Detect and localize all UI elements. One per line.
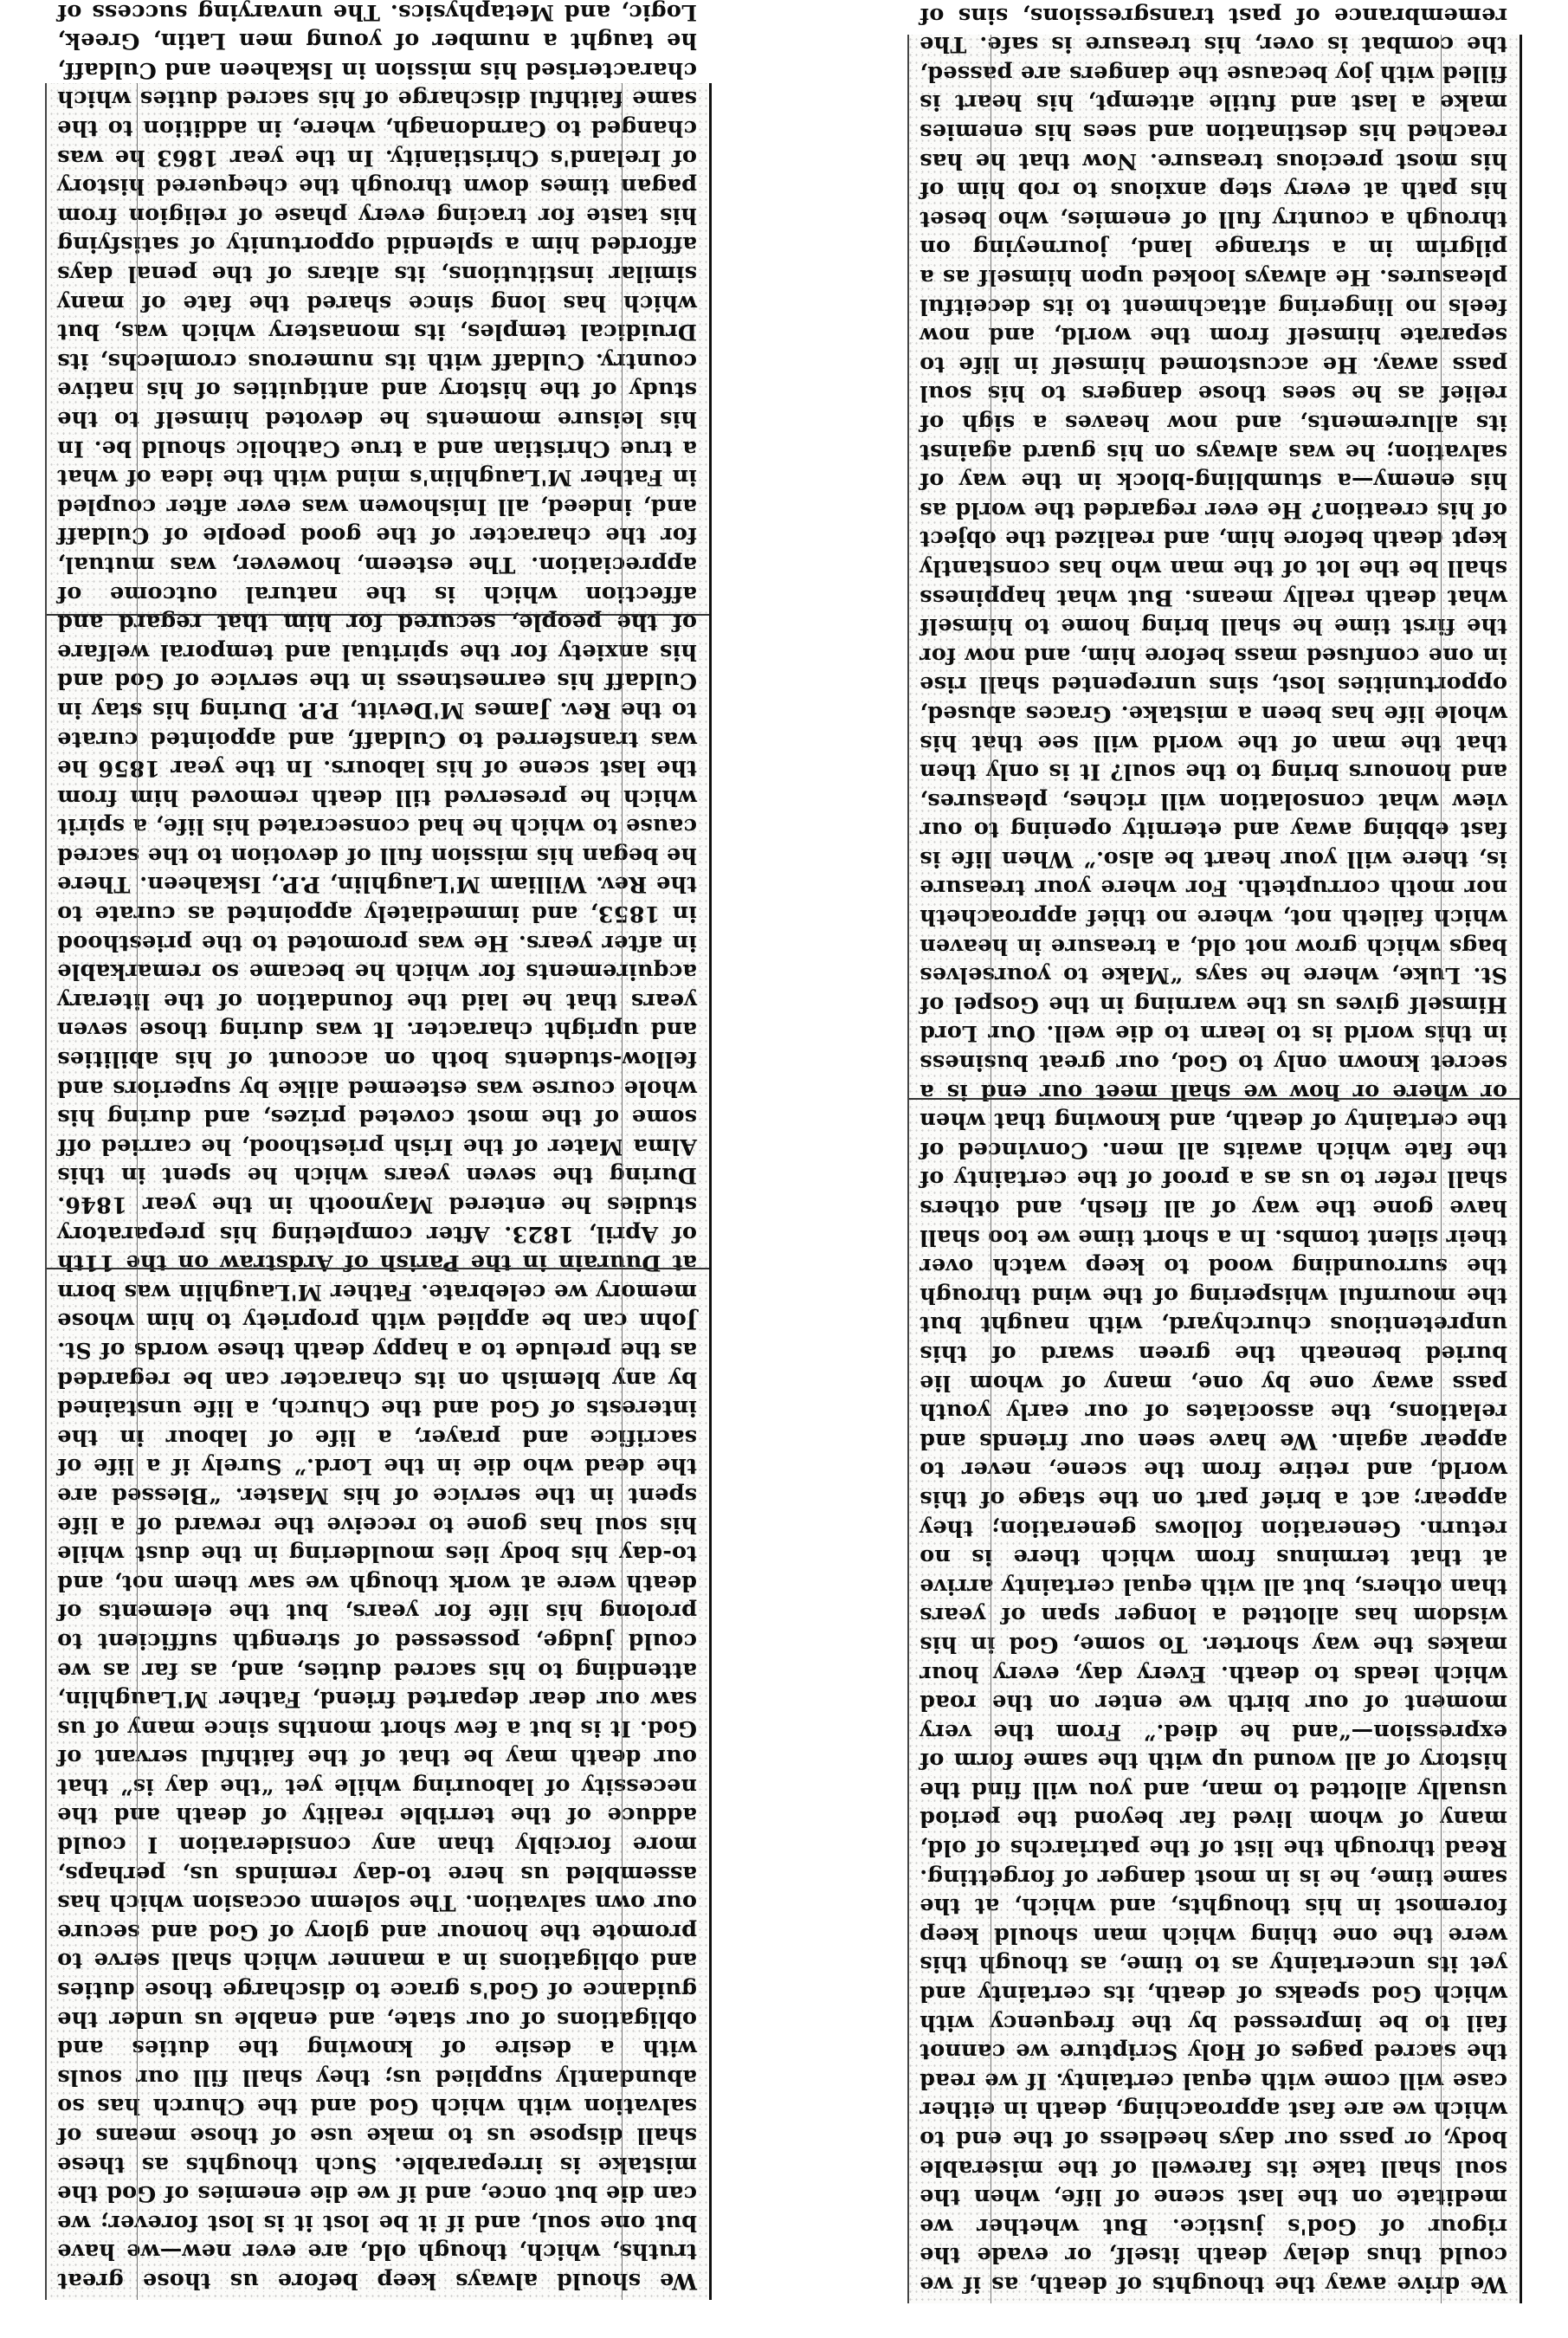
right-column-text: We drive away the thoughts of death, as … xyxy=(920,0,1507,2298)
paste-seam xyxy=(47,614,709,616)
left-column-text: We should always keep before us those gr… xyxy=(57,0,697,2295)
scan-crease-line xyxy=(622,83,623,2300)
scan-crease-line xyxy=(990,35,991,2303)
paste-seam xyxy=(909,1098,1520,1100)
left-column-clipping: We should always keep before us those gr… xyxy=(45,83,712,2300)
scan-crease-line xyxy=(137,83,138,2300)
right-column-clipping: We drive away the thoughts of death, as … xyxy=(907,35,1522,2303)
scan-crease-line xyxy=(1441,35,1442,2303)
paste-seam xyxy=(47,1268,709,1269)
